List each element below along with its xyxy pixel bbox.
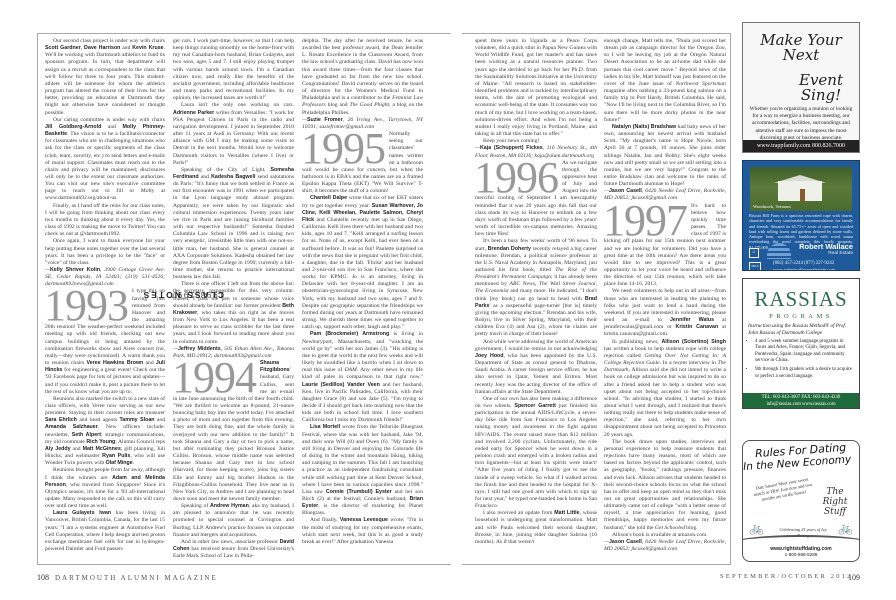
paragraph: ger cars. I work part-time, however, so … — [173, 38, 294, 102]
paragraph: Laura Gulayets Iwan has been living in V… — [45, 510, 165, 553]
right-stuff-dating-ad[interactable]: Rules For Dating In the New Economy Date… — [742, 440, 860, 562]
bicycle-icon: 🚲 — [838, 521, 853, 536]
paragraph: Speaking of Andrew Hyman, aka my husband… — [173, 503, 294, 539]
class-year-heading: 1994 — [172, 360, 256, 396]
paragraph: Our caring committee is under way with c… — [45, 117, 165, 203]
ad-tagline: Instruction using the Rassias Method® of… — [743, 320, 859, 336]
ad-contact-bar[interactable]: TEL: 603-643-3007 FAX: 603-643-4249 info… — [743, 393, 859, 408]
signature: —Kaja (Schuppert) Fickes, 116 Newbury St… — [475, 145, 597, 159]
column-1: Our second class project is under way wi… — [45, 38, 165, 553]
paragraph: We need volunteers to help out in all ar… — [604, 288, 726, 338]
paragraph: And in other law news, associate profess… — [173, 539, 294, 560]
rassias-logo: RASSIAS — [743, 287, 859, 312]
ad-bullets: 4 and 5 week summer language programs in… — [743, 339, 859, 380]
left-page-footer: 108DARTMOUTH ALUMNI MAGAZINE — [37, 573, 218, 582]
paragraph: Pam (Brockmeier) Armstrong is living in … — [302, 331, 423, 424]
page-number: 108 — [37, 573, 49, 582]
ad-brand: Robert Wallace — [799, 242, 853, 251]
equal-housing-icon: ⌂ — [749, 248, 759, 258]
paragraph: Keep your news coming! — [475, 138, 597, 145]
ad-brand: The Right Stuff — [815, 487, 855, 517]
paragraph: Speaking of the City of Light, Somesha F… — [173, 167, 294, 282]
ad-body: Whether you're organizing a reunion or l… — [743, 103, 859, 142]
paragraph: One of our own has also been making a di… — [475, 396, 597, 511]
photo-caption: Woodstock, Vermont — [753, 204, 791, 209]
class-year-section: 1995Normally seeing our classmates' name… — [302, 131, 423, 195]
ad-bullet: 4 and 5 week summer language programs in… — [755, 339, 855, 364]
paragraph: Laura isn't the only one working on cars… — [173, 102, 294, 166]
ad-contact-bar[interactable]: www.trappfamily.com 800.826.7000 — [743, 140, 859, 152]
mls-icon: MLS — [749, 262, 761, 271]
paragraph: I also received an update from Matt Litt… — [475, 510, 597, 546]
ad-headline: Event Sing! — [743, 63, 859, 103]
paragraph: And finally, Vanessa Levesque wrote: "I'… — [302, 517, 423, 546]
column-3: delphia. The day after he received tenur… — [302, 38, 423, 546]
class-year-section: 1993I type this up having just returned … — [45, 288, 165, 395]
class-year-heading: 1995 — [301, 131, 385, 167]
magazine-title: DARTMOUTH ALUMNI MAGAZINE — [55, 574, 218, 582]
column-5: enough change, Matt tells me, "Paula jus… — [604, 38, 726, 553]
paragraph: The book draws upon studies, interviews … — [604, 439, 726, 532]
paragraph: Reunions also marked the switch to a new… — [45, 396, 165, 468]
rassias-programs-ad[interactable]: RASSIAS PROGRAMS Instruction using the R… — [742, 278, 860, 409]
trapp-family-lodge-ad[interactable]: Make Your Next Event Sing! Whether you'r… — [742, 22, 860, 153]
class-year-section: 1994Shauna Fitzgibbons' husband, Gary Cu… — [173, 360, 294, 503]
paragraph: enough change, Matt tells me, "Paula jus… — [604, 38, 726, 124]
paragraph: It's been a busy few weeks' worth of '96… — [475, 238, 597, 338]
house-photo: Woodstock, Vermont — [750, 167, 852, 211]
rassias-logo-sub: PROGRAMS — [743, 313, 859, 320]
class-year-heading: 1996 — [474, 160, 558, 196]
ad-brand-subtitle: Real Estate — [828, 251, 853, 256]
signature: —Jason Casell, 6426 Needle Leaf Drive, R… — [604, 539, 726, 553]
ad-bullet: 9th through 11th graders with a desire t… — [755, 367, 855, 380]
paragraph: In publishing news, Allison (Sciortino) … — [604, 339, 726, 439]
class-year-section: 1996As we navigate through the oppressiv… — [475, 160, 597, 239]
paragraph: Finally, as I hand off the reins for our… — [45, 203, 165, 239]
classmate-name: Scott Gardner — [45, 45, 81, 51]
classmate-name: Jill Goldberg-Arnold — [45, 124, 101, 130]
class-year-heading: 1993 — [44, 288, 128, 324]
paragraph: delphia. The day after he received tenur… — [302, 38, 423, 117]
signature: —Suzie Fromer, 26 Irving Ave., Tarrytown… — [302, 117, 423, 131]
ad-headline: Make Your Next — [743, 23, 859, 63]
class-year-section: 1997It's hard to believe how quickly tim… — [604, 203, 726, 289]
ad-website[interactable]: www.robertwallacerealestate.com — [773, 267, 835, 271]
paragraph: There is one officer I left out from the… — [173, 281, 294, 345]
paragraph: Our second class project is under way wi… — [45, 38, 165, 117]
issue-date: SEPTEMBER/OCTOBER 2012 — [720, 573, 853, 580]
robert-wallace-ad[interactable]: Woodstock, Vermont Biscuit Hill Farm is … — [742, 160, 860, 271]
signature: —Jason Casell, 6426 Needle Leaf Drive, R… — [604, 188, 726, 202]
classmate-name: Veree Hawkins Brown — [87, 360, 144, 366]
right-page-footer: SEPTEMBER/OCTOBER 2012 109 — [720, 573, 860, 580]
ad-phones: (802) 457-2244 (877) 227-9242 — [773, 261, 834, 266]
bicycle-icon: 🚲 — [749, 521, 764, 536]
paragraph: Once again, I want to thank everyone for… — [45, 238, 165, 267]
column-2: ger cars. I work part-time, however, so … — [173, 38, 294, 560]
house-door — [800, 189, 805, 201]
column-4: spent three years in Uganda as a Peace C… — [475, 38, 597, 546]
paragraph: Natalyn (Naits) Bradshaw had baby news o… — [604, 124, 726, 188]
ad-contact[interactable]: www.rightstuffdating.com 1-800-988-5288 — [743, 546, 859, 558]
class-year-heading: 1997 — [603, 203, 687, 239]
page-number: 109 — [848, 573, 860, 582]
signature: —Jeffrey Middents, 505 Ethan Allen Ave.,… — [173, 346, 294, 360]
signature: —Kelly Shriver Kolin, 3900 Cottage Grove… — [45, 267, 165, 288]
paragraph: Lisa Mortell wrote from the Telluride Bl… — [302, 424, 423, 517]
paragraph: Chantell Dalpe wrote that six of her EKT… — [302, 195, 423, 331]
ad-body: Date Smart! Meet your sweet match at TRS… — [750, 476, 816, 505]
paragraph: And while we're addressing the world of … — [475, 339, 597, 396]
classmate-name: Kevin Kruse — [132, 45, 163, 51]
paragraph: Allison's book is available at amazon.co… — [604, 532, 726, 539]
paragraph: spent three years in Uganda as a Peace C… — [475, 38, 597, 138]
paragraph: Reunions brought people from far away, a… — [45, 467, 165, 510]
classmate-name: Dave Harrison — [84, 45, 120, 51]
